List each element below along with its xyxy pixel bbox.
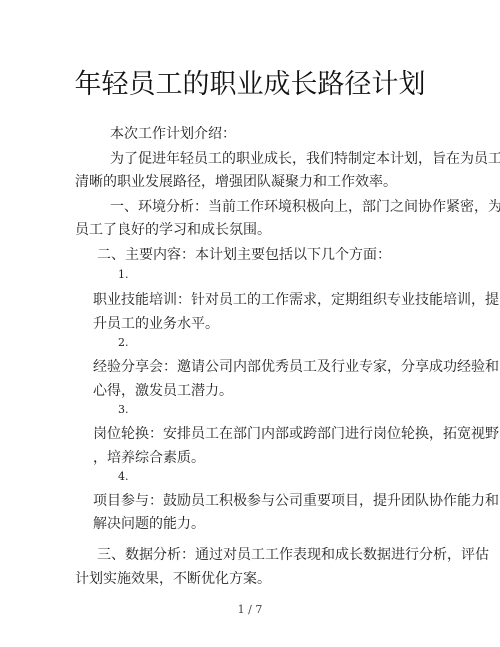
list-item-line-2: 解决问题的能力。 [93,513,205,533]
list-item-line-1: 岗位轮换：安排员工在部门内部或跨部门进行岗位轮换，拓宽视野 [93,423,499,443]
document-title: 年轻员工的职业成长路径计划 [0,62,500,101]
list-item-line-1: 经验分享会：邀请公司内部优秀员工及行业专家，分享成功经验和 [93,356,499,376]
intro-paragraph-line-1: 为了促进年轻员工的职业成长，我们特制定本计划，旨在为员工 [110,148,500,168]
list-item-number: 3. [118,403,129,416]
list-item-line-1: 项目参与：鼓励员工积极参与公司重要项目，提升团队协作能力和 [93,490,499,510]
section3-line-2: 计划实施效果，不断优化方案。 [75,568,271,588]
list-item-line-1: 职业技能培训：针对员工的工作需求，定期组织专业技能培训，提 [93,289,499,309]
list-item-number: 2. [118,336,129,349]
list-item-number: 1. [118,268,129,281]
list-item-number: 4. [118,470,129,483]
section2-heading: 二、主要内容：本计划主要包括以下几个方面： [97,244,391,264]
section1-line-1: 一、环境分析：当前工作环境积极向上，部门之间协作紧密，为 [110,196,500,216]
page-indicator: 1 / 7 [0,603,500,616]
section1-line-2: 员工了良好的学习和成长氛围。 [75,219,271,239]
intro-paragraph-line-2: 清晰的职业发展路径，增强团队凝聚力和工作效率。 [75,171,397,191]
intro-label: 本次工作计划介绍： [110,123,236,143]
list-item-line-2: 升员工的业务水平。 [93,313,219,333]
list-item-line-2: 心得，激发员工潜力。 [93,380,233,400]
section3-line-1: 三、数据分析：通过对员工工作表现和成长数据进行分析，评估 [97,544,489,564]
list-item-line-2: ，培养综合素质。 [93,447,205,467]
